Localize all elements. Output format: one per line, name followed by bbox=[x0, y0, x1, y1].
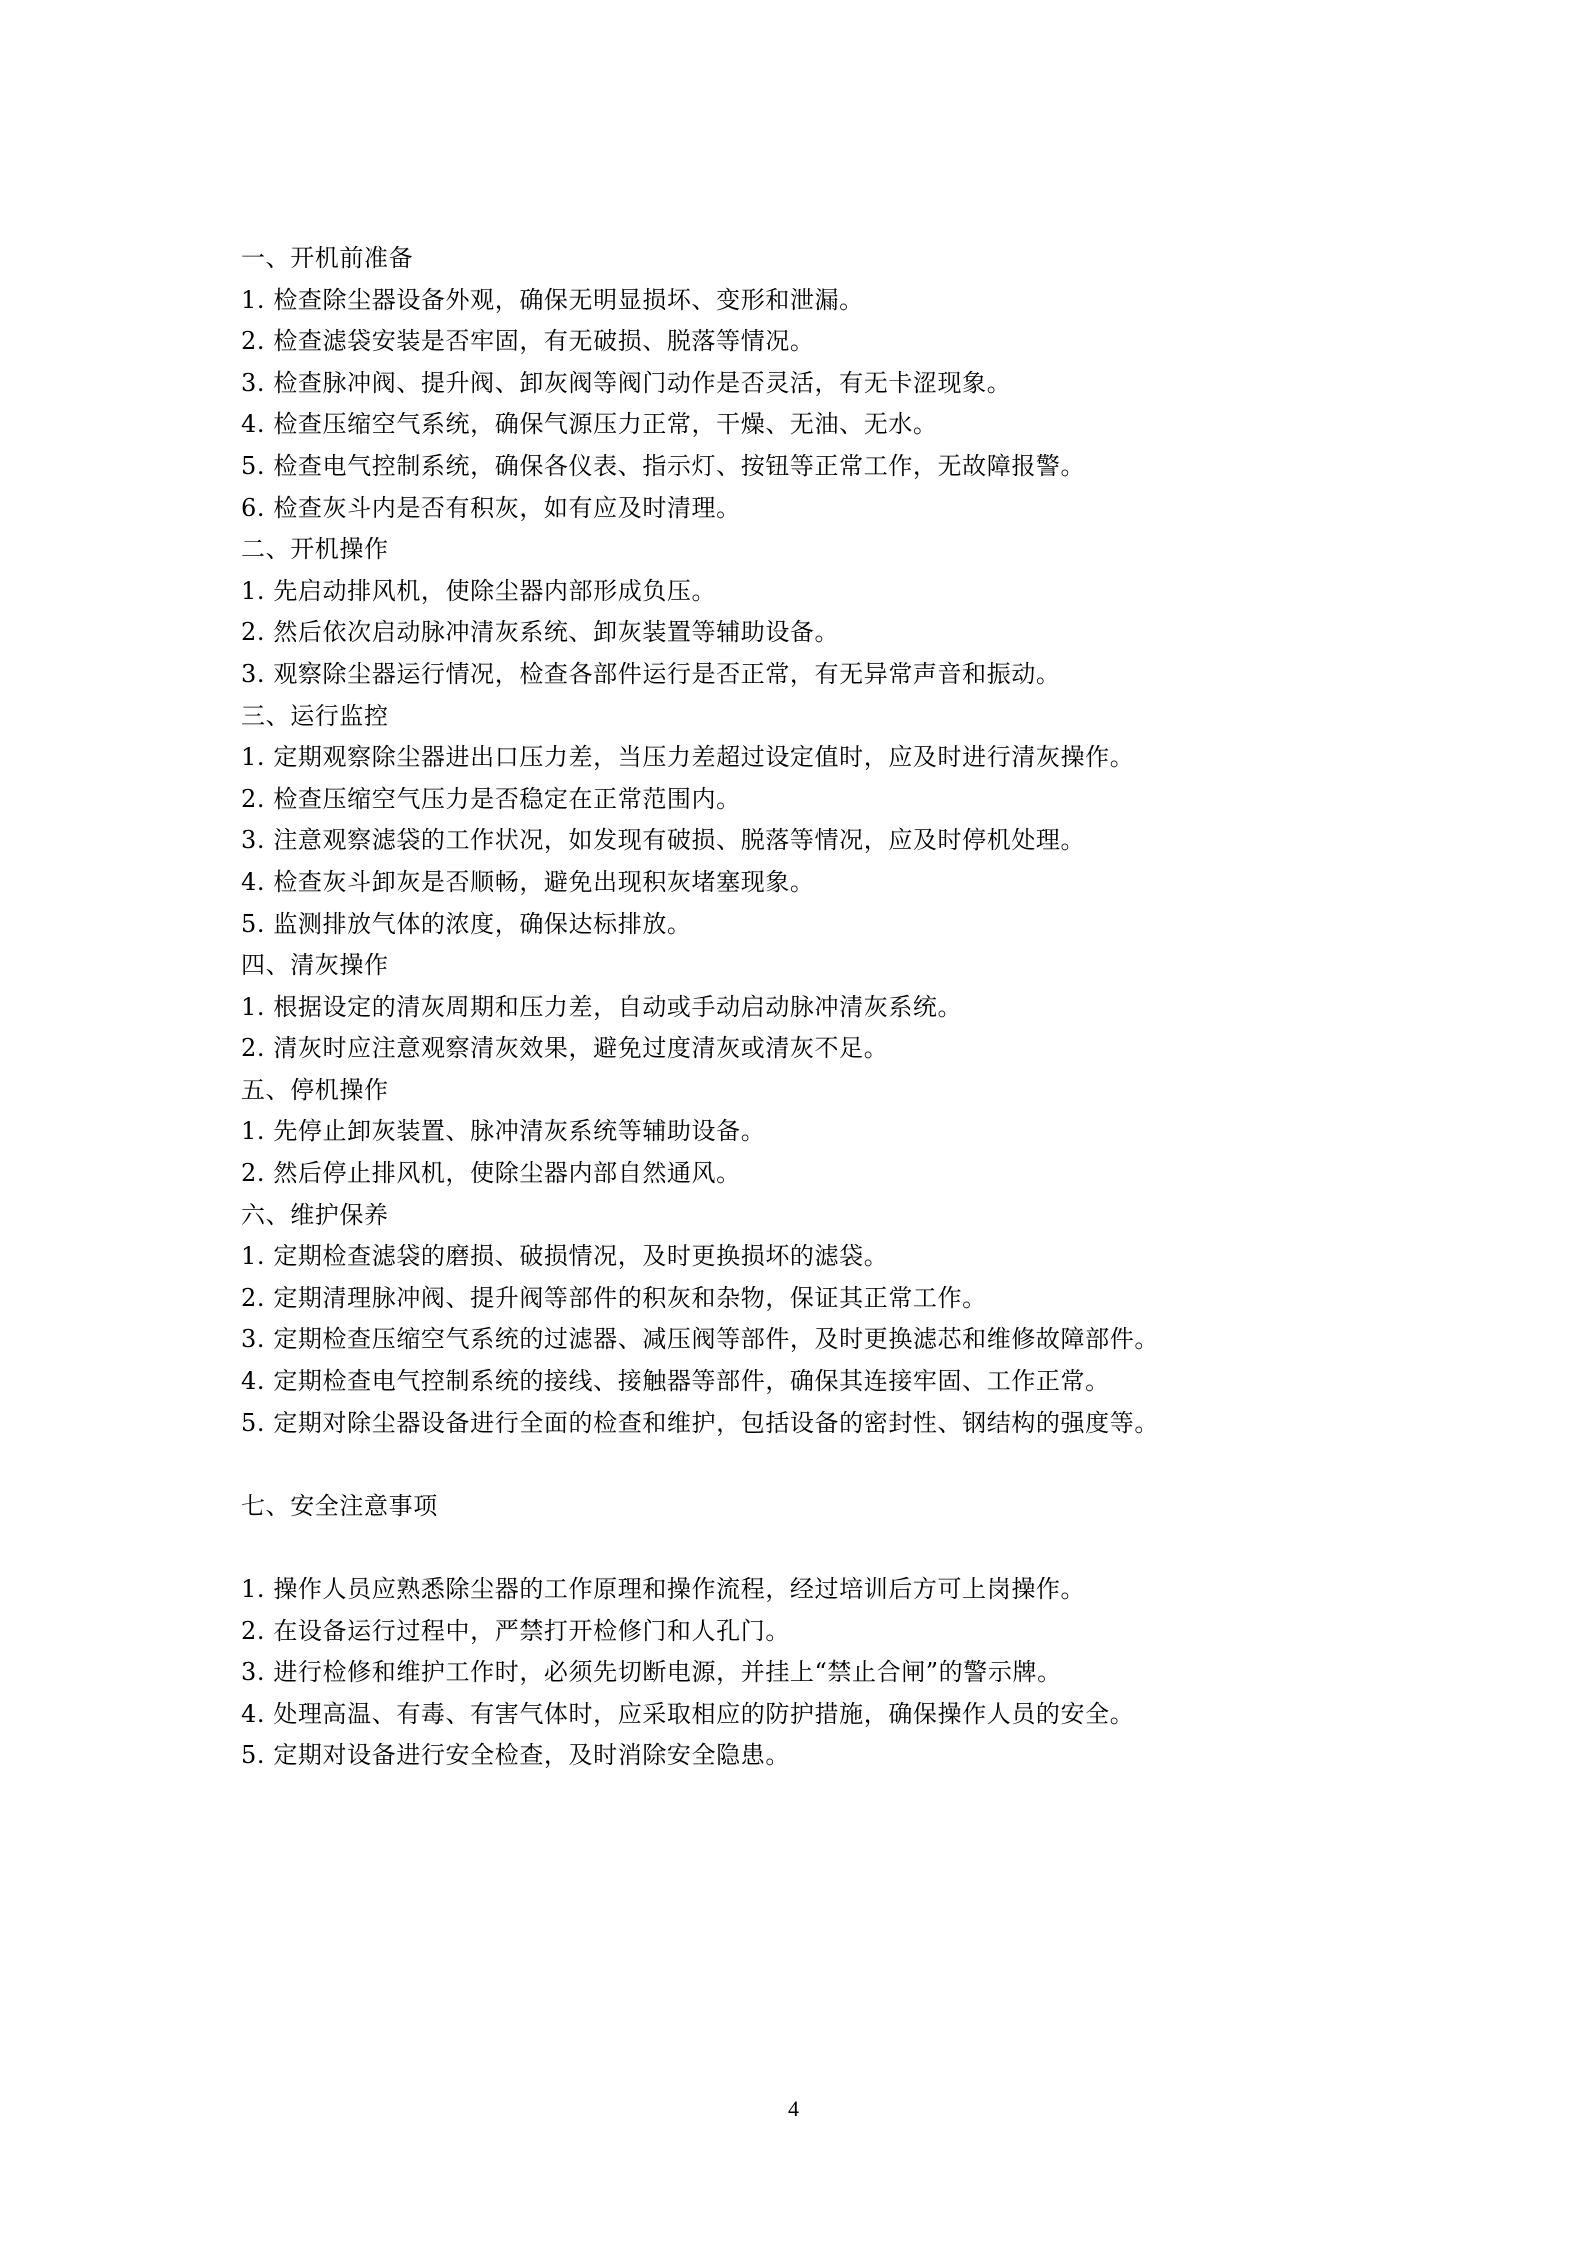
list-item: 1. 检查除尘器设备外观，确保无明显损坏、变形和泄漏。 bbox=[241, 280, 1341, 322]
list-item: 3. 注意观察滤袋的工作状况，如发现有破损、脱落等情况，应及时停机处理。 bbox=[241, 820, 1341, 862]
list-item: 4. 检查灰斗卸灰是否顺畅，避免出现积灰堵塞现象。 bbox=[241, 862, 1341, 904]
section-heading: 三、运行监控 bbox=[241, 696, 1341, 738]
list-item: 2. 定期清理脉冲阀、提升阀等部件的积灰和杂物，保证其正常工作。 bbox=[241, 1278, 1341, 1320]
list-item: 2. 在设备运行过程中，严禁打开检修门和人孔门。 bbox=[241, 1611, 1341, 1653]
list-item: 2. 清灰时应注意观察清灰效果，避免过度清灰或清灰不足。 bbox=[241, 1028, 1341, 1070]
section-heading: 四、清灰操作 bbox=[241, 945, 1341, 987]
list-item: 1. 根据设定的清灰周期和压力差，自动或手动启动脉冲清灰系统。 bbox=[241, 987, 1341, 1029]
page-number: 4 bbox=[0, 2096, 1587, 2122]
section-heading: 一、开机前准备 bbox=[241, 238, 1341, 280]
list-item: 3. 定期检查压缩空气系统的过滤器、减压阀等部件，及时更换滤芯和维修故障部件。 bbox=[241, 1319, 1341, 1361]
list-item: 1. 定期观察除尘器进出口压力差，当压力差超过设定值时，应及时进行清灰操作。 bbox=[241, 737, 1341, 779]
list-item: 5. 定期对设备进行安全检查，及时消除安全隐患。 bbox=[241, 1735, 1341, 1777]
document-body: 一、开机前准备 1. 检查除尘器设备外观，确保无明显损坏、变形和泄漏。 2. 检… bbox=[241, 238, 1341, 1777]
list-item: 3. 观察除尘器运行情况，检查各部件运行是否正常，有无异常声音和振动。 bbox=[241, 654, 1341, 696]
list-item: 1. 定期检查滤袋的磨损、破损情况，及时更换损坏的滤袋。 bbox=[241, 1236, 1341, 1278]
list-item: 2. 然后停止排风机，使除尘器内部自然通风。 bbox=[241, 1153, 1341, 1195]
blank-line bbox=[241, 1527, 1341, 1569]
list-item: 3. 进行检修和维护工作时，必须先切断电源，并挂上“禁止合闸”的警示牌。 bbox=[241, 1652, 1341, 1694]
section-heading: 五、停机操作 bbox=[241, 1070, 1341, 1112]
document-page: 一、开机前准备 1. 检查除尘器设备外观，确保无明显损坏、变形和泄漏。 2. 检… bbox=[0, 0, 1587, 2245]
list-item: 5. 定期对除尘器设备进行全面的检查和维护，包括设备的密封性、钢结构的强度等。 bbox=[241, 1403, 1341, 1445]
list-item: 1. 先启动排风机，使除尘器内部形成负压。 bbox=[241, 571, 1341, 613]
list-item: 1. 操作人员应熟悉除尘器的工作原理和操作流程，经过培训后方可上岗操作。 bbox=[241, 1569, 1341, 1611]
list-item: 2. 检查滤袋安装是否牢固，有无破损、脱落等情况。 bbox=[241, 321, 1341, 363]
list-item: 4. 定期检查电气控制系统的接线、接触器等部件，确保其连接牢固、工作正常。 bbox=[241, 1361, 1341, 1403]
list-item: 6. 检查灰斗内是否有积灰，如有应及时清理。 bbox=[241, 488, 1341, 530]
list-item: 5. 检查电气控制系统，确保各仪表、指示灯、按钮等正常工作，无故障报警。 bbox=[241, 446, 1341, 488]
section-heading: 七、安全注意事项 bbox=[241, 1486, 1341, 1528]
list-item: 5. 监测排放气体的浓度，确保达标排放。 bbox=[241, 904, 1341, 946]
list-item: 3. 检查脉冲阀、提升阀、卸灰阀等阀门动作是否灵活，有无卡涩现象。 bbox=[241, 363, 1341, 405]
section-heading: 二、开机操作 bbox=[241, 529, 1341, 571]
list-item: 2. 然后依次启动脉冲清灰系统、卸灰装置等辅助设备。 bbox=[241, 612, 1341, 654]
list-item: 4. 检查压缩空气系统，确保气源压力正常，干燥、无油、无水。 bbox=[241, 404, 1341, 446]
list-item: 4. 处理高温、有毒、有害气体时，应采取相应的防护措施，确保操作人员的安全。 bbox=[241, 1694, 1341, 1736]
blank-line bbox=[241, 1444, 1341, 1486]
list-item: 2. 检查压缩空气压力是否稳定在正常范围内。 bbox=[241, 779, 1341, 821]
section-heading: 六、维护保养 bbox=[241, 1195, 1341, 1237]
list-item: 1. 先停止卸灰装置、脉冲清灰系统等辅助设备。 bbox=[241, 1111, 1341, 1153]
